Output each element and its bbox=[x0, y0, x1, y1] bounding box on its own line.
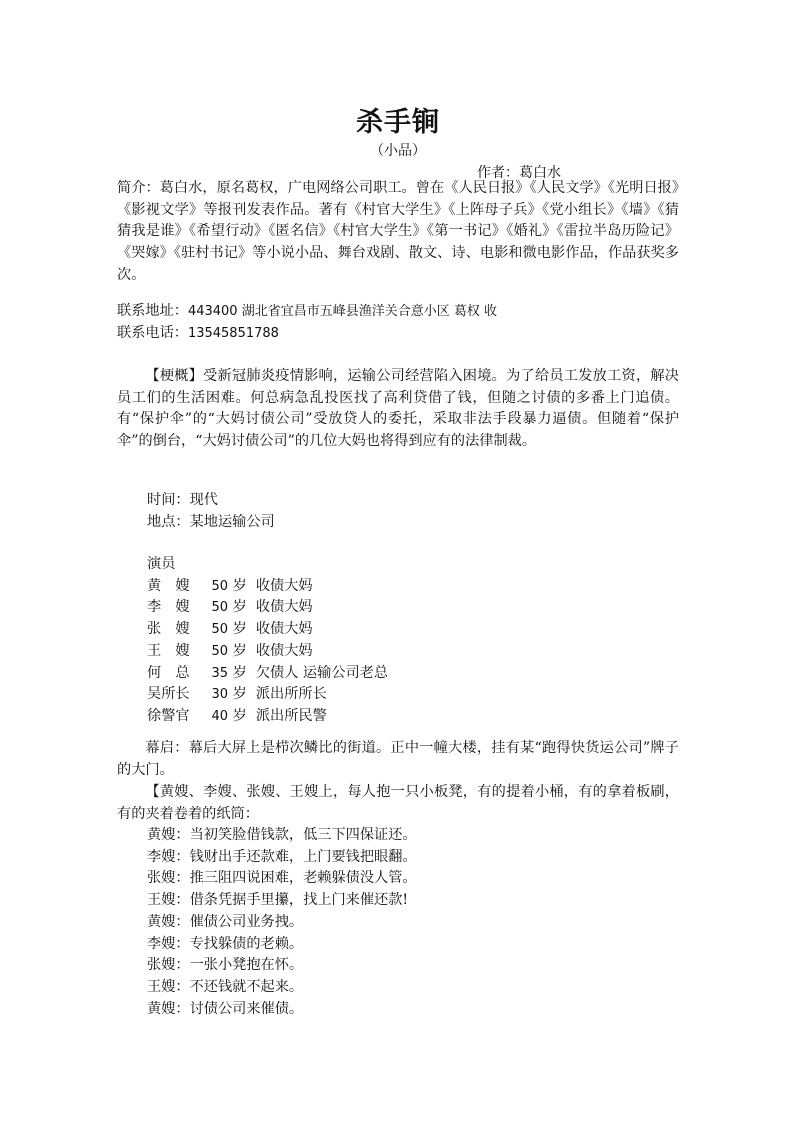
cast-name: 王 嫂 bbox=[147, 641, 207, 663]
cast-item: 徐警官 40 岁 派出所民警 bbox=[147, 706, 709, 728]
speaker: 张嫂： bbox=[147, 870, 190, 886]
document-subtitle: （小品） bbox=[117, 140, 679, 160]
cast-age: 50 bbox=[212, 579, 229, 594]
dialogue-line: 王嫂：不还钱就不起来。 bbox=[147, 977, 709, 999]
author-intro: 简介：葛白水，原名葛权，广电网络公司职工。曾在《人民日报》《人民文学》《光明日报… bbox=[117, 178, 679, 287]
contact-address: 联系地址：443400 湖北省宜昌市五峰县渔洋关合意小区 葛权 收 bbox=[117, 301, 679, 323]
setting-time: 时间：现代 bbox=[147, 490, 709, 512]
cast-age: 50 bbox=[212, 622, 229, 637]
setting-place: 地点：某地运输公司 bbox=[147, 512, 709, 534]
address-label: 联系地址： bbox=[117, 303, 188, 319]
cast-role: 收债大妈 bbox=[256, 621, 313, 637]
cast-heading: 演员 bbox=[147, 554, 709, 576]
speaker: 张嫂： bbox=[147, 957, 190, 973]
line-text: 当初笑脸借钱款，低三下四保证还。 bbox=[190, 827, 417, 843]
stage-direction: 【黄嫂、李嫂、张嫂、王嫂上，每人抱一只小板凳，有的提着小桶，有的拿着板刷，有的夹… bbox=[117, 782, 679, 825]
cast-age-unit: 岁 bbox=[233, 643, 247, 659]
cast-age: 50 bbox=[212, 644, 229, 659]
setting: 时间：现代 地点：某地运输公司 bbox=[117, 490, 709, 533]
line-text: 专找躲债的老赖。 bbox=[190, 936, 304, 952]
line-text: 不还钱就不起来。 bbox=[190, 979, 304, 995]
contact-info: 联系地址：443400 湖北省宜昌市五峰县渔洋关合意小区 葛权 收 联系电话：1… bbox=[117, 301, 679, 344]
cast-age-unit: 岁 bbox=[233, 599, 247, 615]
dialogue-line: 李嫂：专找躲债的老赖。 bbox=[147, 934, 709, 956]
line-text: 推三阻四说困难，老赖躲债没人管。 bbox=[190, 870, 417, 886]
address-value: 443400 湖北省宜昌市五峰县渔洋关合意小区 葛权 收 bbox=[188, 304, 497, 319]
contact-phone: 联系电话：13545851788 bbox=[117, 323, 679, 345]
cast-item: 何 总 35 岁 欠债人 运输公司老总 bbox=[147, 663, 709, 685]
scene-open: 幕启：幕后大屏上是栉次鳞比的街道。正中一幢大楼，挂有某“跑得快货运公司”牌子的大… bbox=[117, 738, 679, 781]
line-text: 借条凭据手里攥，找上门来催还款! bbox=[190, 892, 409, 908]
dialogue-line: 黄嫂：当初笑脸借钱款，低三下四保证还。 bbox=[147, 825, 709, 847]
cast-age-unit: 岁 bbox=[233, 621, 247, 637]
cast-age: 50 bbox=[212, 600, 229, 615]
cast-list: 演员 黄 嫂 50 岁 收债大妈 李 嫂 50 岁 收债大妈 张 嫂 50 岁 … bbox=[117, 554, 709, 728]
dialogue: 黄嫂：当初笑脸借钱款，低三下四保证还。 李嫂：钱财出手还款难，上门要钱把眼翻。 … bbox=[117, 825, 709, 1020]
cast-age: 30 bbox=[212, 687, 229, 702]
phone-value: 13545851788 bbox=[188, 326, 279, 341]
speaker: 李嫂： bbox=[147, 849, 190, 865]
cast-item: 张 嫂 50 岁 收债大妈 bbox=[147, 619, 709, 641]
dialogue-line: 张嫂：推三阻四说困难，老赖躲债没人管。 bbox=[147, 868, 709, 890]
cast-role: 欠债人 运输公司老总 bbox=[256, 665, 388, 681]
dialogue-line: 李嫂：钱财出手还款难，上门要钱把眼翻。 bbox=[147, 847, 709, 869]
cast-role: 收债大妈 bbox=[256, 643, 313, 659]
synopsis: 【梗概】受新冠肺炎疫情影响，运输公司经营陷入困境。为了给员工发放工资，解决员工们… bbox=[117, 366, 679, 453]
cast-role: 收债大妈 bbox=[256, 599, 313, 615]
cast-age-unit: 岁 bbox=[233, 686, 247, 702]
speaker: 黄嫂： bbox=[147, 1001, 190, 1017]
speaker: 黄嫂： bbox=[147, 827, 190, 843]
cast-name: 何 总 bbox=[147, 663, 207, 685]
cast-age-unit: 岁 bbox=[233, 578, 247, 594]
cast-age: 40 bbox=[212, 709, 229, 724]
speaker: 李嫂： bbox=[147, 936, 190, 952]
phone-label: 联系电话： bbox=[117, 325, 188, 341]
document-title: 杀手锏 bbox=[117, 100, 679, 139]
dialogue-line: 王嫂：借条凭据手里攥，找上门来催还款! bbox=[147, 890, 709, 912]
cast-item: 李 嫂 50 岁 收债大妈 bbox=[147, 597, 709, 619]
cast-age-unit: 岁 bbox=[233, 665, 247, 681]
cast-name: 吴所长 bbox=[147, 684, 207, 706]
cast-name: 徐警官 bbox=[147, 706, 207, 728]
line-text: 钱财出手还款难，上门要钱把眼翻。 bbox=[190, 849, 417, 865]
cast-name: 张 嫂 bbox=[147, 619, 207, 641]
cast-name: 李 嫂 bbox=[147, 597, 207, 619]
line-text: 讨债公司来催债。 bbox=[190, 1001, 304, 1017]
cast-role: 派出所民警 bbox=[256, 708, 327, 724]
line-text: 一张小凳抱在怀。 bbox=[190, 957, 304, 973]
dialogue-line: 黄嫂：催债公司业务拽。 bbox=[147, 912, 709, 934]
cast-role: 收债大妈 bbox=[256, 578, 313, 594]
dialogue-line: 张嫂：一张小凳抱在怀。 bbox=[147, 955, 709, 977]
cast-item: 黄 嫂 50 岁 收债大妈 bbox=[147, 576, 709, 598]
speaker: 王嫂： bbox=[147, 892, 190, 908]
cast-item: 吴所长 30 岁 派出所所长 bbox=[147, 684, 709, 706]
cast-item: 王 嫂 50 岁 收债大妈 bbox=[147, 641, 709, 663]
dialogue-line: 黄嫂：讨债公司来催债。 bbox=[147, 999, 709, 1021]
cast-name: 黄 嫂 bbox=[147, 576, 207, 598]
line-text: 催债公司业务拽。 bbox=[190, 914, 304, 930]
cast-age-unit: 岁 bbox=[233, 708, 247, 724]
cast-age: 35 bbox=[212, 666, 229, 681]
cast-role: 派出所所长 bbox=[256, 686, 327, 702]
speaker: 王嫂： bbox=[147, 979, 190, 995]
speaker: 黄嫂： bbox=[147, 914, 190, 930]
